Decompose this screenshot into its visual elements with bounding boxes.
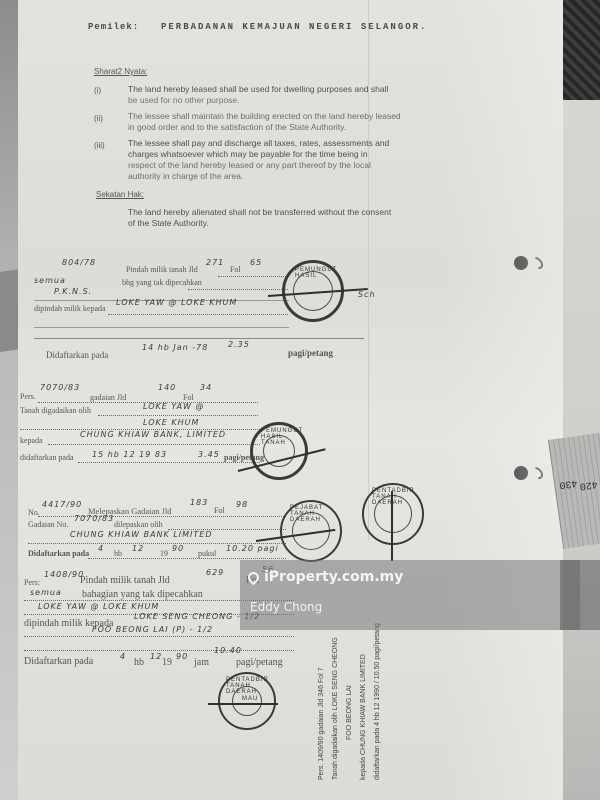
entry-2-fol: 34 [200, 383, 212, 392]
clause-line: The lessee shall maintain the building e… [128, 111, 401, 122]
clause-number: (ii) [94, 114, 103, 123]
document-page: Pemilek: PERBADANAN KEMAJUAN NEGERI SELA… [18, 0, 563, 800]
entry-3-fol: 98 [236, 500, 248, 509]
entry-4-registered-day: 4 [120, 652, 126, 661]
punch-hole [514, 466, 528, 480]
entry-1-jld: 271 [206, 258, 224, 267]
owner-name: PERBADANAN KEMAJUAN NEGERI SELANGOR. [161, 22, 427, 32]
entry-2-registered-label: didaftarkan pada [20, 453, 74, 462]
watermark-site: iProperty.com.my [264, 569, 403, 585]
owner-label: Pemilek: [88, 22, 139, 32]
clause-line: The land hereby alienated shall not be t… [128, 207, 391, 218]
punch-hole-ring [529, 255, 546, 272]
entry-4-registered-month: 12 [150, 652, 162, 661]
stamp-text: PEMUNGUT HASIL TANAH [261, 428, 305, 446]
entry-4-pers-label: Pers: [24, 578, 40, 587]
clause-line: of the State Authority. [128, 218, 391, 229]
clause-line: The land hereby leased shall be used for… [128, 84, 388, 95]
official-stamp: PEMUNGUT HASIL TANAH [250, 422, 308, 480]
entry-3-label-gadaian-no: Gadaian No. [28, 520, 68, 529]
signature-stroke [208, 703, 278, 705]
stamp-text: PEMUNGUT HASIL [295, 267, 341, 279]
vertical-line: FOO BEONG LAI [346, 685, 353, 740]
entry-1-to: LOKE YAW @ LOKE KHUM [116, 298, 237, 307]
watermark-logo: iProperty.com.my [248, 569, 403, 585]
clause-line: be used for no other purpose. [128, 95, 388, 106]
clause-line: charges whatsoever which may be payable … [128, 149, 389, 160]
dotted-line [78, 462, 260, 463]
entry-3-jld: 183 [190, 498, 208, 507]
entry-3-registered-day: 4 [98, 544, 104, 553]
entry-1-time-label: pagi/petang [288, 348, 333, 358]
entry-1-time: 2.35 [228, 340, 250, 349]
stamp-text: PEJABAT TANAH DAERAH [290, 505, 340, 523]
entry-3-label-fol: Fol [214, 506, 225, 515]
separator-line [34, 338, 364, 339]
entry-2-label-fol: Fol [183, 393, 194, 402]
entry-3-registered-month: 12 [132, 544, 144, 553]
entry-2-registered-date: 15 hb 12 19 83 [92, 450, 167, 459]
entry-2-pers-label: Pers. [20, 392, 36, 401]
clause-line: respect of the land hereby leased or any… [128, 160, 389, 171]
entry-4-century: 19 [162, 657, 172, 668]
entry-3-no: 4417/90 [42, 500, 82, 509]
entry-3-registered-label: Didaftarkan pada [28, 549, 89, 558]
entry-2-by-2: LOKE KHUM [143, 418, 199, 427]
clause-number: (i) [94, 86, 101, 95]
entry-2-jld: 140 [158, 383, 176, 392]
clause-line: in good order and to the satisfaction of… [128, 122, 401, 133]
entry-2-by-1: LOKE YAW @ [143, 402, 204, 411]
entry-4-pers-no: 1408/90 [44, 570, 84, 579]
entry-4-registered-label: Didaftarkan pada [24, 656, 93, 667]
stamp-text: PENTADBIR TANAH DAERAH [372, 488, 422, 506]
entry-1-label-fol: Fol [230, 265, 241, 274]
clause-number: (iii) [94, 141, 105, 150]
clause-text: The land hereby leased shall be used for… [128, 84, 388, 106]
entry-4-to-2: FOO BEONG LAI (P) - 1/2 [92, 625, 213, 634]
clause-line: authority in charge of the area. [128, 171, 389, 182]
entry-3-label-pukul: pukul [198, 549, 216, 558]
entry-3-time: 10.20 pagi [226, 544, 279, 553]
vertical-line: Tanah digadaikan olih LOKE SENG CHEONG [332, 637, 339, 780]
entry-1-label-pindah: Pindah milik tanah Jld [126, 265, 198, 274]
vertical-line: kepada CHUNG KHIAW BANK LIMITED [360, 654, 367, 780]
entry-3-hb: hb [114, 549, 122, 558]
entry-4-jld: 629 [206, 568, 224, 577]
dotted-line [24, 650, 294, 651]
punch-hole [514, 256, 528, 270]
dotted-line [218, 276, 288, 277]
entry-4-label-jam: jam [194, 657, 209, 668]
fold-line [368, 0, 369, 540]
entry-1-label-dipindah: dipindah milik kepada [34, 304, 106, 313]
stamp-text: PENTADBIR TANAH DAERAH [226, 677, 274, 695]
entry-2-label-digadaikan: Tanah digadaikan olih [20, 406, 91, 415]
official-stamp: PENTADBIR TANAH DAERAH MAU [218, 672, 276, 730]
entry-2-pers-no: 7070/83 [40, 383, 80, 392]
dotted-line [98, 415, 258, 416]
entry-3-by: CHUNG KHIAW BANK LIMITED [70, 530, 213, 539]
entry-2-time: 3.45 [198, 450, 220, 459]
location-pin-icon [246, 569, 262, 585]
restriction-heading: Sekatan Hak: [96, 190, 144, 199]
entry-1-share: semua [34, 276, 66, 285]
entry-3-registered-year: 90 [172, 544, 184, 553]
dotted-line [48, 444, 260, 445]
entry-2-label-kepada: kepada [20, 436, 43, 445]
entry-4-label-bahagian: bahagian yang tak dipecahkan [82, 589, 203, 600]
entry-1-registered-date: 14 hb Jan -78 [142, 343, 208, 352]
entry-4-from: LOKE YAW @ LOKE KHUM [38, 602, 159, 611]
dotted-line [108, 314, 288, 315]
official-stamp: PENTADBIR TANAH DAERAH [362, 483, 424, 545]
entry-1-fol: 65 [250, 258, 262, 267]
entry-1-registered-label: Didaftarkan pada [46, 350, 108, 360]
entry-4-hb: hb [134, 657, 144, 668]
entry-2-to: CHUNG KHIAW BANK, LIMITED [80, 430, 226, 439]
entry-1-label-bhg: bhg yang tak dipecahkan [122, 278, 202, 287]
dotted-line [188, 289, 288, 290]
signature-mark: Sch [358, 290, 376, 299]
entry-3-label-dilepaskan: dilepaskan olih [114, 520, 163, 529]
entry-4-label-pindah: Pindah milik tanah Jld [80, 575, 170, 586]
vertical-line: didaftarkan pada 4 hb 12 1990 / 10.50 pa… [374, 623, 381, 780]
vertical-line: Pers. 1409/90 gadaian Jld 346 Fol 7 [318, 668, 325, 780]
separator-line [34, 327, 289, 328]
dotted-line [88, 558, 286, 559]
entry-1-pers-no: 804/78 [62, 258, 96, 267]
entry-3-century: 19 [160, 549, 168, 558]
stamp-center-text: MAU [242, 696, 258, 702]
clause-text: The lessee shall pay and discharge all t… [128, 138, 389, 182]
entry-4-registered-year: 90 [176, 652, 188, 661]
entry-3-gadaian-no: 7070/83 [74, 514, 114, 523]
punch-hole-ring [529, 465, 546, 482]
dotted-line [24, 636, 294, 637]
conditions-heading: Sharat2 Nyata: [94, 67, 147, 76]
entry-4-share: semua [30, 588, 62, 597]
clause-text: The lessee shall maintain the building e… [128, 111, 401, 133]
restriction-text: The land hereby alienated shall not be t… [128, 207, 391, 229]
clause-line: The lessee shall pay and discharge all t… [128, 138, 389, 149]
entry-2-label-gadaian: gadaian Jld [90, 393, 126, 402]
watermark-agent-name: Eddy Chong [250, 600, 322, 614]
entry-4-time-label: pagi/petang [236, 657, 283, 668]
watermark-edge [560, 560, 600, 630]
entry-4-time: 10.40 [214, 646, 242, 655]
entry-1-from: P.K.N.S. [54, 287, 92, 296]
